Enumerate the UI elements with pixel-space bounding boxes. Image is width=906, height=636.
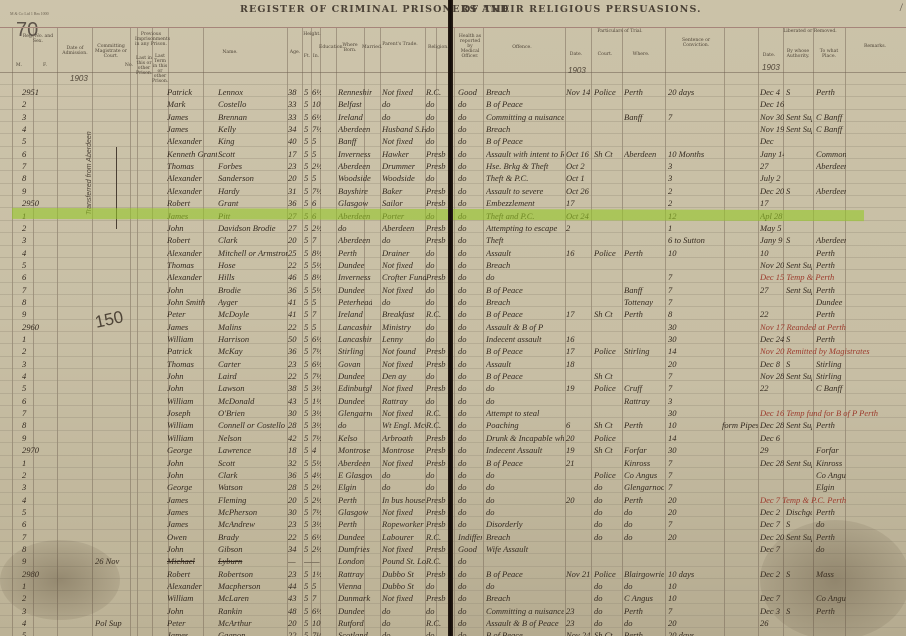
cell-lib: Dec (760, 136, 784, 146)
cell-born: Woodside (338, 173, 372, 183)
cell-rel: R.C. (426, 408, 446, 418)
cell-born: E Glasgow (338, 470, 372, 480)
cell-rel: Presb (426, 569, 446, 579)
table-row: 9PeterMcDoyle4157IrelandBreakfastR.C.doB… (0, 308, 906, 321)
cell-health: do (458, 556, 482, 566)
cell-born: Aberdeen (338, 235, 372, 245)
cell-occ: do (382, 630, 426, 636)
cell-sentence: 20 (668, 532, 722, 542)
cell-offence: Breach (486, 124, 564, 134)
cell-born: Aberdeen (338, 458, 372, 468)
cell-first: Patrick (167, 87, 217, 97)
trial-year: 1903 (568, 66, 586, 75)
cell-health: do (458, 507, 482, 517)
cell-born: Aberdeen (338, 124, 372, 134)
cell-rel: Presb (426, 495, 446, 505)
cell-health: do (458, 593, 482, 603)
cell-occ: Rattray (382, 396, 426, 406)
cell-age: 36 (288, 470, 302, 480)
cell-age: 20 (288, 495, 302, 505)
cell-health: do (458, 309, 482, 319)
cell-health: Good (458, 544, 482, 554)
cell-trial-date: 19 (566, 445, 590, 455)
cell-occ: Ministry (382, 322, 426, 332)
cell-where: Perth (624, 87, 664, 97)
cell-age: 22 (288, 532, 302, 542)
cell-last: McAndrew (218, 519, 288, 529)
cell-ft: 5 (304, 519, 312, 529)
cell-born: Ireland (338, 112, 372, 122)
cell-offence: do (486, 272, 564, 282)
cell-sentence: 20 days (668, 630, 722, 636)
cell-reg: 4 (22, 124, 46, 134)
cell-last: Lyburn (218, 556, 288, 566)
cell-born: Dunmark (338, 593, 372, 603)
table-row: 1JohnScott3255½AberdeenNot fixedPresbdoB… (0, 457, 906, 470)
cell-sentence: 20 (668, 495, 722, 505)
cell-age: 23 (288, 359, 302, 369)
cell-age: 22 (288, 371, 302, 381)
cell-where: Tottenay (624, 297, 664, 307)
cell-reg: 4 (22, 618, 46, 628)
col-header-trial-where: Where. (628, 52, 654, 57)
cell-where: do (624, 581, 664, 591)
cell-rel: Presb (426, 272, 446, 282)
table-row: 2960JamesMalins2255LancashireMinistrydod… (0, 321, 906, 334)
cell-reg: 3 (22, 482, 46, 492)
table-row: 5JamesGagnon2257½ScotlanddododoB of Peac… (0, 629, 906, 636)
cell-occ: do (382, 618, 426, 628)
cell-in: 3½ (312, 408, 321, 418)
cell-occ: do (382, 99, 426, 109)
cell-ft: 5 (304, 569, 312, 579)
cell-health: do (458, 433, 482, 443)
cell-lib: Nov 20 (760, 260, 784, 270)
cell-trial-date: 17 (566, 198, 590, 208)
cell-last: King (218, 136, 288, 146)
cell-in: 3½ (312, 383, 321, 393)
cell-born: Rattray (338, 569, 372, 579)
cell-court: do (594, 532, 622, 542)
cell-age: 36 (288, 346, 302, 356)
cell-auth: Sent Sup (786, 285, 812, 295)
cell-first: John Smith (167, 297, 217, 307)
cell-in: 1½ (312, 396, 321, 406)
cell-in: 7½ (312, 124, 321, 134)
col-header-height: Height. (302, 32, 322, 37)
cell-trial-date: 21 (566, 458, 590, 468)
table-row: 2PatrickMcKay3657½StirlingNot foundPresb… (0, 345, 906, 358)
cell-first: John (167, 606, 217, 616)
cell-born: Edinburgh (338, 383, 372, 393)
cell-lib: Nov 30 (760, 112, 784, 122)
cell-age: 22 (288, 322, 302, 332)
cell-occ: Not fixed (382, 408, 426, 418)
table-row: 7JohnBrodie3655½DundeeNot fixeddodoB of … (0, 284, 906, 297)
cell-last: Connell or Costello (218, 420, 288, 430)
cell-first: Alexander (167, 581, 217, 591)
cell-last: Nelson (218, 433, 288, 443)
cell-health: do (458, 260, 482, 270)
cell-health: do (458, 581, 482, 591)
cell-ft: 5 (304, 124, 312, 134)
cell-where: Glengarnock (624, 482, 664, 492)
table-row: 6WilliamMcDonald4351½DundeeRattraydododo… (0, 395, 906, 408)
table-row: 3ThomasCarter2356½GovanNot fixedPresbdoA… (0, 358, 906, 371)
cell-court: do (594, 593, 622, 603)
cell-sentence: 30 (668, 322, 722, 332)
cell-trial-date: Oct 1 (566, 173, 590, 183)
cell-sentence: 10 (668, 420, 722, 430)
cell-offence: B of Peace (486, 285, 564, 295)
cell-offence: Wife Assault (486, 544, 564, 554)
cell-first: James (167, 495, 217, 505)
cell-in: 7½ (312, 346, 321, 356)
cell-last: Hills (218, 272, 288, 282)
cell-occ: do (382, 112, 426, 122)
cell-last: Clark (218, 235, 288, 245)
cell-born: Renneshire (338, 87, 372, 97)
cell-age: 18 (288, 445, 302, 455)
cell-rel: Presb (426, 186, 446, 196)
cell-lib: May 5 (760, 223, 784, 233)
cell-first: Owen (167, 532, 217, 542)
cell-in: 7½ (312, 433, 321, 443)
cell-health: do (458, 445, 482, 455)
cell-age: 28 (288, 482, 302, 492)
table-row: 1WilliamHarrison5056½LancashireLennydodo… (0, 333, 906, 346)
cell-place: Kinross (816, 458, 846, 468)
cell-lib: Dec 28 (760, 420, 784, 430)
table-row: 8John SmithAyger4155PeterheaddododoBreac… (0, 296, 906, 309)
cell-ft: 5 (304, 272, 312, 282)
cell-offence: B of Peace (486, 136, 564, 146)
cell-ft: 5 (304, 285, 312, 295)
cell-born: Montrose (338, 445, 372, 455)
cell-lib: 10 (760, 248, 784, 258)
cell-in: 8½ (312, 272, 321, 282)
cell-first: John (167, 544, 217, 554)
cell-health: do (458, 285, 482, 295)
cell-ft: 5 (304, 359, 312, 369)
cell-court: do (594, 606, 622, 616)
cell-auth: Sent Sup (786, 420, 812, 430)
cell-where: Perth (624, 309, 664, 319)
cell-born: Perth (338, 495, 372, 505)
cell-court: do (594, 581, 622, 591)
cell-offence: B of Peace (486, 569, 564, 579)
cell-last: McDonald (218, 396, 288, 406)
cell-last: Lawson (218, 383, 288, 393)
cell-offence: Committing a nuisance (486, 112, 564, 122)
cell-health: do (458, 420, 482, 430)
cell-rel: do (426, 173, 446, 183)
cell-occ: Not fixed (382, 593, 426, 603)
cell-age: 32 (288, 458, 302, 468)
cell-trial-date: Oct 2 (566, 161, 590, 171)
cell-place: C Banff (816, 383, 846, 393)
cell-rel: Presb (426, 593, 446, 603)
cell-where: C Angus (624, 593, 664, 603)
cell-last: Brennan (218, 112, 288, 122)
cell-born: Aberdeen (338, 161, 372, 171)
cell-occ: Not fixed (382, 359, 426, 369)
cell-offence: Breach (486, 593, 564, 603)
cell-reg: 2 (22, 346, 46, 356)
cell-trial-date: Nov 24 (566, 630, 590, 636)
cell-first: John (167, 458, 217, 468)
cell-occ: Not fixed (382, 458, 426, 468)
cell-where: Co Angus (624, 470, 664, 480)
cell-in: 7½ (312, 507, 321, 517)
cell-reg: 7 (22, 408, 46, 418)
cell-last: McKay (218, 346, 288, 356)
cell-offence: Indecent assault (486, 334, 564, 344)
cell-health: do (458, 495, 482, 505)
cell-where: Blairgowrie (624, 569, 664, 579)
cell-rel: do (426, 322, 446, 332)
cell-in: 7 (312, 235, 321, 245)
cell-occ: Husband S.H. (382, 124, 426, 134)
cell-place: Stirling (816, 359, 846, 369)
cell-last: Brodie (218, 285, 288, 295)
cell-admission-note: Pol Sup (95, 618, 135, 628)
cell-reg: 9 (22, 309, 46, 319)
cell-rel: Presb (426, 458, 446, 468)
cell-in: 5½ (312, 285, 321, 295)
col-header-health: Health as reported by Medical Officer. (458, 34, 482, 59)
cell-auth: Dischgd (786, 507, 812, 517)
cell-trial-date: Oct 26 (566, 186, 590, 196)
cell-health: do (458, 248, 482, 258)
cell-where: do (624, 532, 664, 542)
cell-reg: 1 (22, 458, 46, 468)
cell-trial-date: 18 (566, 359, 590, 369)
cell-auth: Sent Sup (786, 112, 812, 122)
cell-in: 6½ (312, 606, 321, 616)
cell-age: 46 (288, 272, 302, 282)
cell-offence: Indecent Assault (486, 445, 564, 455)
cell-lib: Dec 7 (760, 519, 784, 529)
cell-in: 5 (312, 149, 321, 159)
cell-born: Perth (338, 248, 372, 258)
cell-age: 28 (288, 420, 302, 430)
cell-in: 7½ (312, 630, 321, 636)
cell-place: Perth (816, 507, 846, 517)
cell-health: Good (458, 87, 482, 97)
cell-sentence: 10 (668, 248, 722, 258)
cell-occ: Not fixed (382, 260, 426, 270)
table-row: 9AlexanderHardy3157½BayshireBakerPresbdo… (0, 185, 906, 198)
cell-health: do (458, 569, 482, 579)
table-row: 6JamesMcAndrew2353½PerthRopeworkerPresbd… (0, 518, 906, 531)
cell-occ: Hawker (382, 149, 426, 159)
cell-occ: Lenny (382, 334, 426, 344)
cell-ft: 5 (304, 112, 312, 122)
cell-age: 22 (288, 260, 302, 270)
cell-occ: Labourer (382, 532, 426, 542)
cell-offence: Committing a nuisance (486, 606, 564, 616)
cell-age: 20 (288, 618, 302, 628)
cell-rel: R.C. (426, 532, 446, 542)
cell-reg: 2970 (22, 445, 46, 455)
cell-last: Kelly (218, 124, 288, 134)
cell-in: 5½ (312, 458, 321, 468)
cell-first: William (167, 593, 217, 603)
cell-occ: Not fixed (382, 136, 426, 146)
cell-occ: do (382, 470, 426, 480)
cell-health: do (458, 198, 482, 208)
cell-born: Peterhead (338, 297, 372, 307)
cell-occ: Not found (382, 346, 426, 356)
cell-sentence: 14 (668, 346, 722, 356)
cell-age: 23 (288, 569, 302, 579)
cell-place: Perth (816, 260, 846, 270)
cell-health: do (458, 99, 482, 109)
cell-ft: 5 (304, 198, 312, 208)
cell-sentence: 10 (668, 581, 722, 591)
cell-where: Rattray (624, 396, 664, 406)
cell-place: Commonwealth (816, 149, 846, 159)
cell-last: Carter (218, 359, 288, 369)
cell-born: Dumfries (338, 544, 372, 554)
cell-born: Dundee (338, 260, 372, 270)
cell-lib: Dec 24 (760, 334, 784, 344)
cell-health: do (458, 186, 482, 196)
cell-last: Malins (218, 322, 288, 332)
cell-reg: 5 (22, 136, 46, 146)
cell-auth: Sent Sup (786, 124, 812, 134)
cell-reg: 5 (22, 507, 46, 517)
cell-occ: Not fixed (382, 87, 426, 97)
cell-occ: Drainer (382, 248, 426, 258)
cell-reg: 8 (22, 173, 46, 183)
cell-in: 6½ (312, 359, 321, 369)
col-header-where-born: Where Born. (336, 43, 364, 53)
cell-sentence: 3 (668, 161, 722, 171)
cell-sentence: 30 (668, 445, 722, 455)
cell-age: 41 (288, 309, 302, 319)
cell-occ: Aberdeen (382, 223, 426, 233)
cell-health: do (458, 223, 482, 233)
cell-last: Robertson (218, 569, 288, 579)
cell-ft: 5 (304, 470, 312, 480)
cell-age: 33 (288, 112, 302, 122)
cell-offence: B of Peace (486, 99, 564, 109)
cell-lib: 22 (760, 383, 784, 393)
cell-sentence: 7 (668, 272, 722, 282)
cell-occ: Woodside (382, 173, 426, 183)
cell-ft: 5 (304, 309, 312, 319)
cell-ft: 5 (304, 532, 312, 542)
cell-place: Dundee (816, 297, 846, 307)
cell-age: 42 (288, 433, 302, 443)
cell-reg: 2950 (22, 198, 46, 208)
cell-ft: 5 (304, 433, 312, 443)
cell-court: Police (594, 346, 622, 356)
cell-where: Perth (624, 495, 664, 505)
cell-ft: 5 (304, 235, 312, 245)
cell-court: Sh Ct (594, 149, 622, 159)
cell-born: Vienna (338, 581, 372, 591)
cell-in: 6½ (312, 532, 321, 542)
cell-rel: do (426, 606, 446, 616)
cell-offence: Disorderly (486, 519, 564, 529)
cell-reg: 5 (22, 630, 46, 636)
cell-ft: 5 (304, 630, 312, 636)
cell-trial-date: 20 (566, 433, 590, 443)
cell-in: 10 (312, 99, 321, 109)
cell-born: Kelso (338, 433, 372, 443)
cell-first: James (167, 124, 217, 134)
cell-where: do (624, 618, 664, 628)
cell-in: 3½ (312, 519, 321, 529)
cell-born: Bayshire (338, 186, 372, 196)
cell-last: McArthur (218, 618, 288, 628)
cell-health: do (458, 482, 482, 492)
cell-in: 2½ (312, 161, 321, 171)
cell-first: Thomas (167, 260, 217, 270)
cell-health: do (458, 334, 482, 344)
cell-ft: 5 (304, 322, 312, 332)
cell-last: Lawrence (218, 445, 288, 455)
cell-first: John (167, 470, 217, 480)
cell-in: 5 (312, 581, 321, 591)
cell-last: Macpherson (218, 581, 288, 591)
cell-first: James (167, 630, 217, 636)
cell-rel: Presb (426, 346, 446, 356)
col-header-height-in: In. (311, 54, 321, 59)
cell-last: Costello (218, 99, 288, 109)
col-header-lib-date: Date. (760, 53, 778, 58)
cell-court: Police (594, 569, 622, 579)
cell-where: Forfar (624, 445, 664, 455)
cell-in: 3½ (312, 420, 321, 430)
cell-occ: Baker (382, 186, 426, 196)
cell-rel: do (426, 124, 446, 134)
cell-occ: Not fixed (382, 507, 426, 517)
cell-first: Thomas (167, 359, 217, 369)
cell-lib: 27 (760, 161, 784, 171)
table-row: 4AlexanderMitchell or Armstrong2558½Pert… (0, 247, 906, 260)
cell-ft: 5 (304, 458, 312, 468)
cell-last: Laird (218, 371, 288, 381)
col-header-trial-court: Court. (594, 52, 616, 57)
table-row: 8AlexanderSanderson2055WoodsideWoodsided… (0, 172, 906, 185)
cell-trial-date: 23 (566, 618, 590, 628)
cell-extra: form Pipes (722, 420, 758, 430)
cell-offence: Breach (486, 87, 564, 97)
cell-rel: R.C. (426, 618, 446, 628)
cell-born: Dundee (338, 285, 372, 295)
col-header-reg-m: M. (14, 63, 24, 68)
cell-court: Police (594, 383, 622, 393)
cell-sentence: 14 (668, 433, 722, 443)
cell-health: Indifferent (458, 532, 482, 542)
cell-sentence: 3 (668, 396, 722, 406)
cell-sentence: 30 (668, 334, 722, 344)
table-row: 7ThomasForbes2352½AberdeenDrummerPresbdo… (0, 160, 906, 173)
col-header-age: Age. (288, 50, 302, 55)
cell-health: do (458, 297, 482, 307)
cell-born: Perth (338, 519, 372, 529)
cell-health: do (458, 124, 482, 134)
cell-born: Stirling (338, 346, 372, 356)
cell-in: 7½ (312, 186, 321, 196)
cell-born: Govan (338, 359, 372, 369)
cell-auth: Sent Sup (786, 458, 812, 468)
cell-first: Alexander (167, 186, 217, 196)
